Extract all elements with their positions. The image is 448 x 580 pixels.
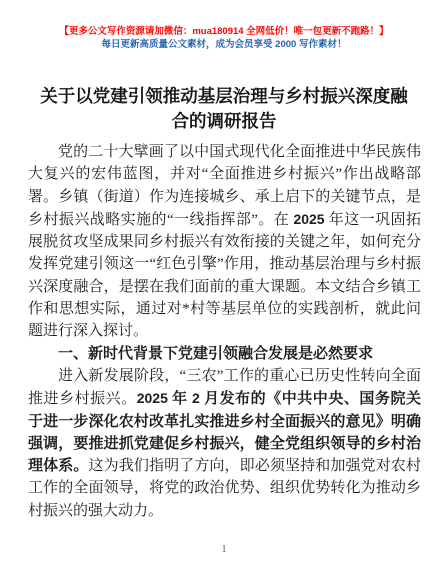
numeric-text-run: 2025 xyxy=(137,390,168,406)
section-heading: 一、新时代背景下党建引领融合发展是必然要求 xyxy=(28,343,421,365)
page-number: 1 xyxy=(0,544,448,555)
text-run: 一、新时代背景下党建引领融合发展是必然要求 xyxy=(58,346,373,362)
text-run: 年这一巩固拓展脱贫攻坚成果同乡村振兴有效衔接的关键之年，如何充分发挥党建引领这一… xyxy=(28,212,421,339)
document-page: 【更多公文写作资源请加微信：mua180914 全网低价！唯一包更新不跑路！】 … xyxy=(0,0,448,580)
promo-banner: 【更多公文写作资源请加微信：mua180914 全网低价！唯一包更新不跑路！】 … xyxy=(0,0,448,51)
paragraph: 党的二十大擘画了以中国式现代化全面推进中华民族伟大复兴的宏伟蓝图，并对“全面推进… xyxy=(28,141,421,343)
promo-line-1: 【更多公文写作资源请加微信：mua180914 全网低价！唯一包更新不跑路！】 xyxy=(0,25,448,38)
document-title: 关于以党建引领推动基层治理与乡村振兴深度融合的调研报告 xyxy=(35,84,413,134)
paragraph: 进入新发展阶段，“三农”工作的重心已历史性转向全面推进乡村振兴。2025 年 2… xyxy=(28,365,421,522)
text-run: 年 xyxy=(168,391,192,407)
numeric-text-run: 2 xyxy=(192,390,200,406)
document-body: 党的二十大擘画了以中国式现代化全面推进中华民族伟大复兴的宏伟蓝图，并对“全面推进… xyxy=(28,141,421,522)
promo-line-2: 每日更新高质量公文素材，成为会员享受 2000 写作素材！ xyxy=(0,38,448,51)
numeric-text-run: 2025 xyxy=(293,211,324,227)
